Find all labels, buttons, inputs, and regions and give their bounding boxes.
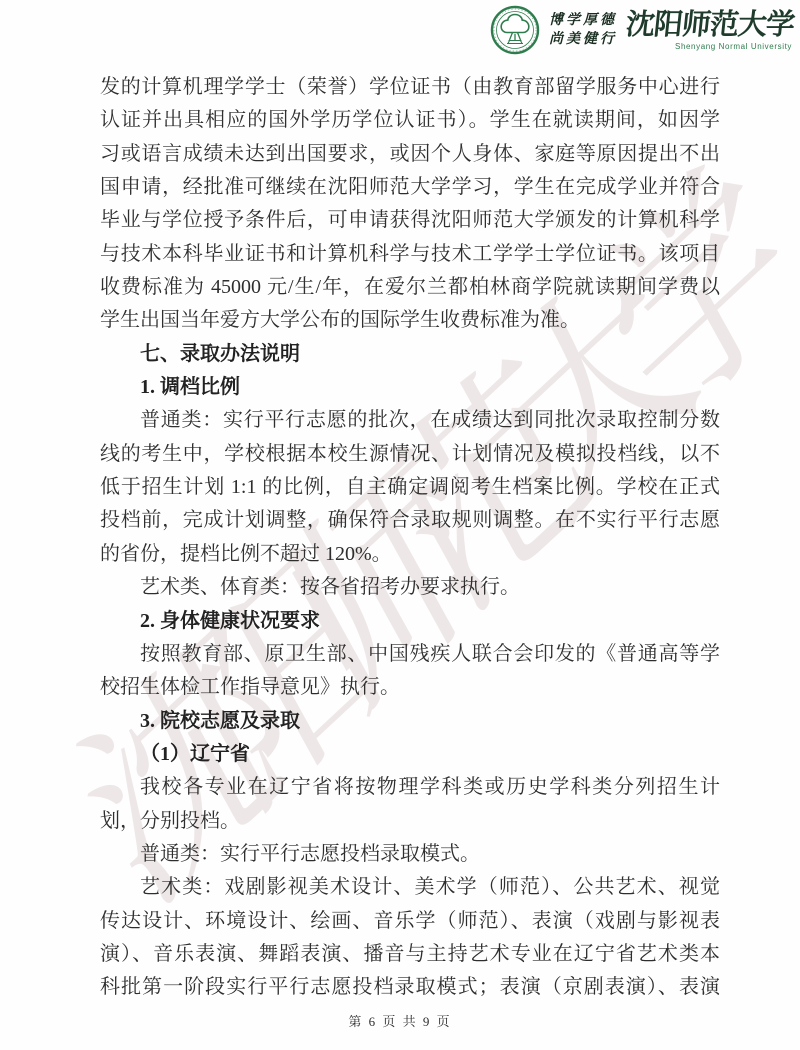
motto-line1: 博学厚德: [549, 11, 617, 30]
text-line: 校招生体检工作指导意见》执行。: [100, 671, 720, 704]
heading-line: 1. 调档比例: [100, 371, 720, 404]
university-name: 沈阳师范大学: [624, 9, 795, 41]
text-line: 科批第一阶段实行平行志愿投档录取模式；表演（京剧表演）、表演: [100, 971, 720, 1004]
text-line: 演）、音乐表演、舞蹈表演、播音与主持艺术专业在辽宁省艺术类本: [100, 938, 720, 971]
text-line: 线的考生中，学校根据本校生源情况、计划情况及模拟投档线，以不: [100, 438, 720, 471]
motto-line2: 尚美健行: [549, 30, 617, 49]
heading-line: （1）辽宁省: [100, 738, 720, 771]
text-line: 习或语言成绩未达到出国要求，或因个人身体、家庭等原因提出不出: [100, 138, 720, 171]
text-line: 低于招生计划 1:1 的比例，自主确定调阅考生档案比例。学校在正式: [100, 471, 720, 504]
text-line: 艺术类、体育类：按各省招考办要求执行。: [100, 571, 720, 604]
text-line: 学生出国当年爱方大学公布的国际学生收费标准为准。: [100, 304, 720, 337]
text-line: 划，分别投档。: [100, 805, 720, 838]
text-line: 国申请，经批准可继续在沈阳师范大学学习，学生在完成学业并符合: [100, 171, 720, 204]
text-line: 毕业与学位授予条件后，可申请获得沈阳师范大学颁发的计算机科学: [100, 204, 720, 237]
university-name-en: Shenyang Normal University: [626, 42, 794, 51]
text-line: 发的计算机理学学士（荣誉）学位证书（由教育部留学服务中心进行: [100, 71, 720, 104]
text-line: 传达设计、环境设计、绘画、音乐学（师范）、表演（戏剧与影视表: [100, 905, 720, 938]
text-line: 普通类：实行平行志愿的批次，在成绩达到同批次录取控制分数: [100, 404, 720, 437]
university-name-block: 沈阳师范大学 Shenyang Normal University: [626, 9, 794, 51]
document-page: 沈阳师范大学 博学厚德 尚美健行 沈阳师范大学 Shenyang Normal …: [0, 0, 800, 1050]
heading-line: 2. 身体健康状况要求: [100, 605, 720, 638]
text-line: 收费标准为 45000 元/生/年，在爱尔兰都柏林商学院就读期间学费以: [100, 271, 720, 304]
heading-line: 七、录取办法说明: [100, 338, 720, 371]
text-line: 认证并出具相应的国外学历学位认证书）。学生在就读期间，如因学: [100, 104, 720, 137]
university-motto: 博学厚德 尚美健行: [549, 11, 617, 49]
text-line: 投档前，完成计划调整，确保符合录取规则调整。在不实行平行志愿: [100, 504, 720, 537]
university-seal-icon: [490, 5, 540, 55]
university-logo-header: 博学厚德 尚美健行 沈阳师范大学 Shenyang Normal Univers…: [490, 5, 794, 55]
document-body: 发的计算机理学学士（荣誉）学位证书（由教育部留学服务中心进行认证并出具相应的国外…: [100, 71, 720, 1005]
page-footer: 第 6 页 共 9 页: [0, 1011, 800, 1030]
text-line: 按照教育部、原卫生部、中国残疾人联合会印发的《普通高等学: [100, 638, 720, 671]
text-line: 我校各专业在辽宁省将按物理学科类或历史学科类分列招生计: [100, 771, 720, 804]
page-number: 第 6 页 共 9 页: [348, 1014, 451, 1029]
text-line: 普通类：实行平行志愿投档录取模式。: [100, 838, 720, 871]
text-line: 的省份，提档比例不超过 120%。: [100, 538, 720, 571]
text-line: 与技术本科毕业证书和计算机科学与技术工学学士学位证书。该项目: [100, 238, 720, 271]
heading-line: 3. 院校志愿及录取: [100, 705, 720, 738]
text-line: 艺术类：戏剧影视美术设计、美术学（师范）、公共艺术、视觉: [100, 871, 720, 904]
